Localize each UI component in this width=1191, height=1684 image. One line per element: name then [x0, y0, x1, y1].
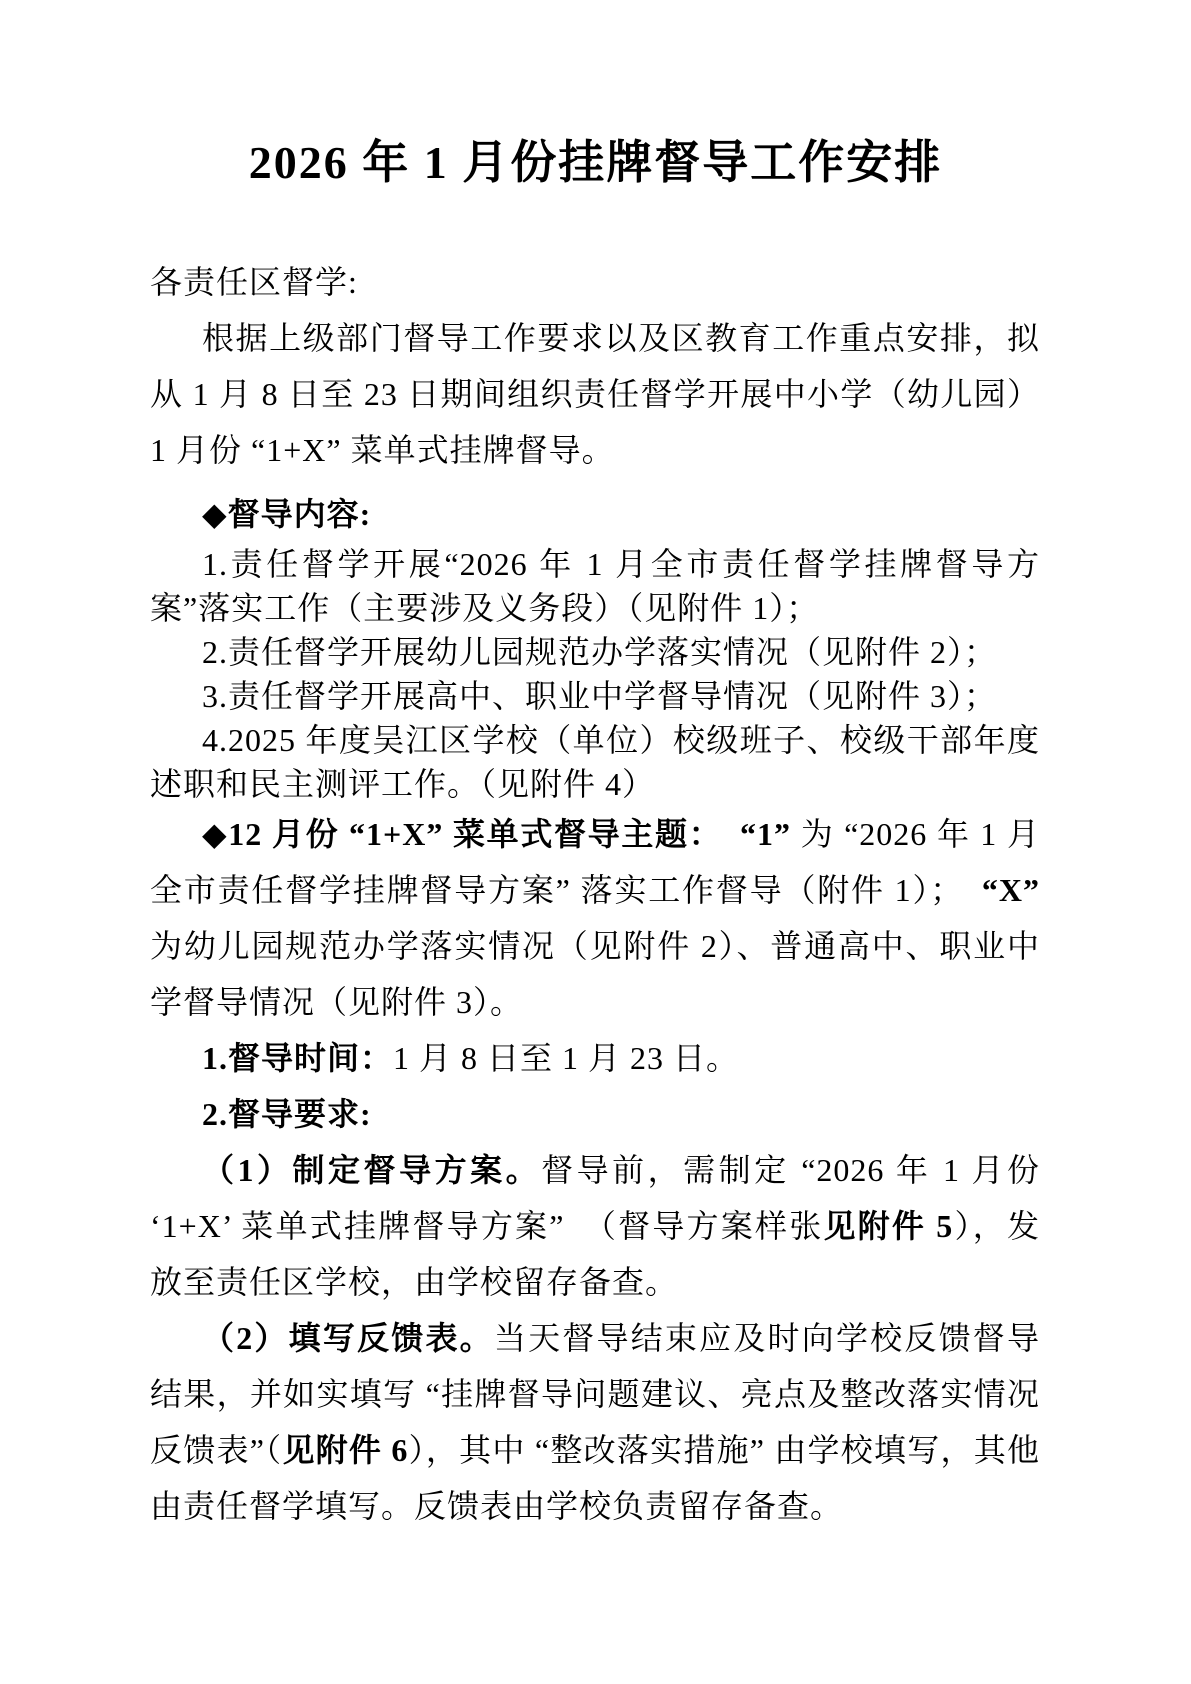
requirement-1-plan: （1）制定督导方案。督导前，需制定 “2026 年 1 月份 ‘1+X’ 菜单式… [150, 1142, 1040, 1310]
text-run: 1 月 8 日至 1 月 23 日。 [393, 1040, 739, 1076]
requirement-2-feedback: （2）填写反馈表。当天督导结束应及时向学校反馈督导结果，并如实填写 “挂牌督导问… [150, 1310, 1040, 1534]
document-title: 2026 年 1 月份挂牌督导工作安排 [0, 0, 1191, 196]
text-run: 4.2025 年度吴江区学校（单位）校级班子、校级干部年度述职和民主测评工作。（… [150, 722, 1040, 802]
text-run: ◆12 月份 “1+X” 菜单式督导主题： “1” [202, 816, 791, 852]
content-item-4: 4.2025 年度吴江区学校（单位）校级班子、校级干部年度述职和民主测评工作。（… [150, 718, 1040, 806]
text-run: 1.督导时间： [202, 1040, 393, 1076]
text-run: 见附件 6 [282, 1432, 408, 1468]
supervision-requirements-heading: 2.督导要求: [150, 1086, 1040, 1142]
intro-paragraph: 根据上级部门督导工作要求以及区教育工作重点安排，拟从 1 月 8 日至 23 日… [150, 310, 1040, 478]
content-item-1: 1.责任督学开展“2026 年 1 月全市责任督学挂牌督导方案”落实工作（主要涉… [150, 542, 1040, 630]
text-run: ◆督导内容: [202, 496, 371, 532]
document-page: 2026 年 1 月份挂牌督导工作安排 各责任区督学: 根据上级部门督导工作要求… [0, 0, 1191, 1684]
text-run: 3.责任督学开展高中、职业中学督导情况（见附件 3）； [202, 678, 997, 714]
monthly-theme-paragraph: ◆12 月份 “1+X” 菜单式督导主题： “1” 为 “2026 年 1 月全… [150, 806, 1040, 1030]
text-run: 见附件 5 [823, 1208, 953, 1244]
text-run: “X” [982, 872, 1040, 908]
supervision-content-heading: ◆督导内容: [150, 486, 1040, 542]
content-item-2: 2.责任督学开展幼儿园规范办学落实情况（见附件 2）； [150, 630, 1040, 674]
document-body: 各责任区督学: 根据上级部门督导工作要求以及区教育工作重点安排，拟从 1 月 8… [150, 254, 1040, 1534]
text-run: （1）制定督导方案。 [202, 1152, 541, 1188]
supervision-time: 1.督导时间：1 月 8 日至 1 月 23 日。 [150, 1030, 1040, 1086]
text-run: 根据上级部门督导工作要求以及区教育工作重点安排，拟从 1 月 8 日至 23 日… [150, 320, 1040, 468]
text-run: 2.督导要求: [202, 1096, 372, 1132]
content-item-3: 3.责任督学开展高中、职业中学督导情况（见附件 3）； [150, 674, 1040, 718]
text-run: （2）填写反馈表。 [202, 1320, 494, 1356]
text-run: 2.责任督学开展幼儿园规范办学落实情况（见附件 2）； [202, 634, 997, 670]
salutation: 各责任区督学: [150, 254, 1040, 310]
text-run: 1.责任督学开展“2026 年 1 月全市责任督学挂牌督导方案”落实工作（主要涉… [150, 546, 1040, 626]
text-run: 各责任区督学: [150, 264, 358, 300]
text-run: 为幼儿园规范办学落实情况（见附件 2）、普通高中、职业中学督导情况（见附件 3）… [150, 928, 1040, 1020]
